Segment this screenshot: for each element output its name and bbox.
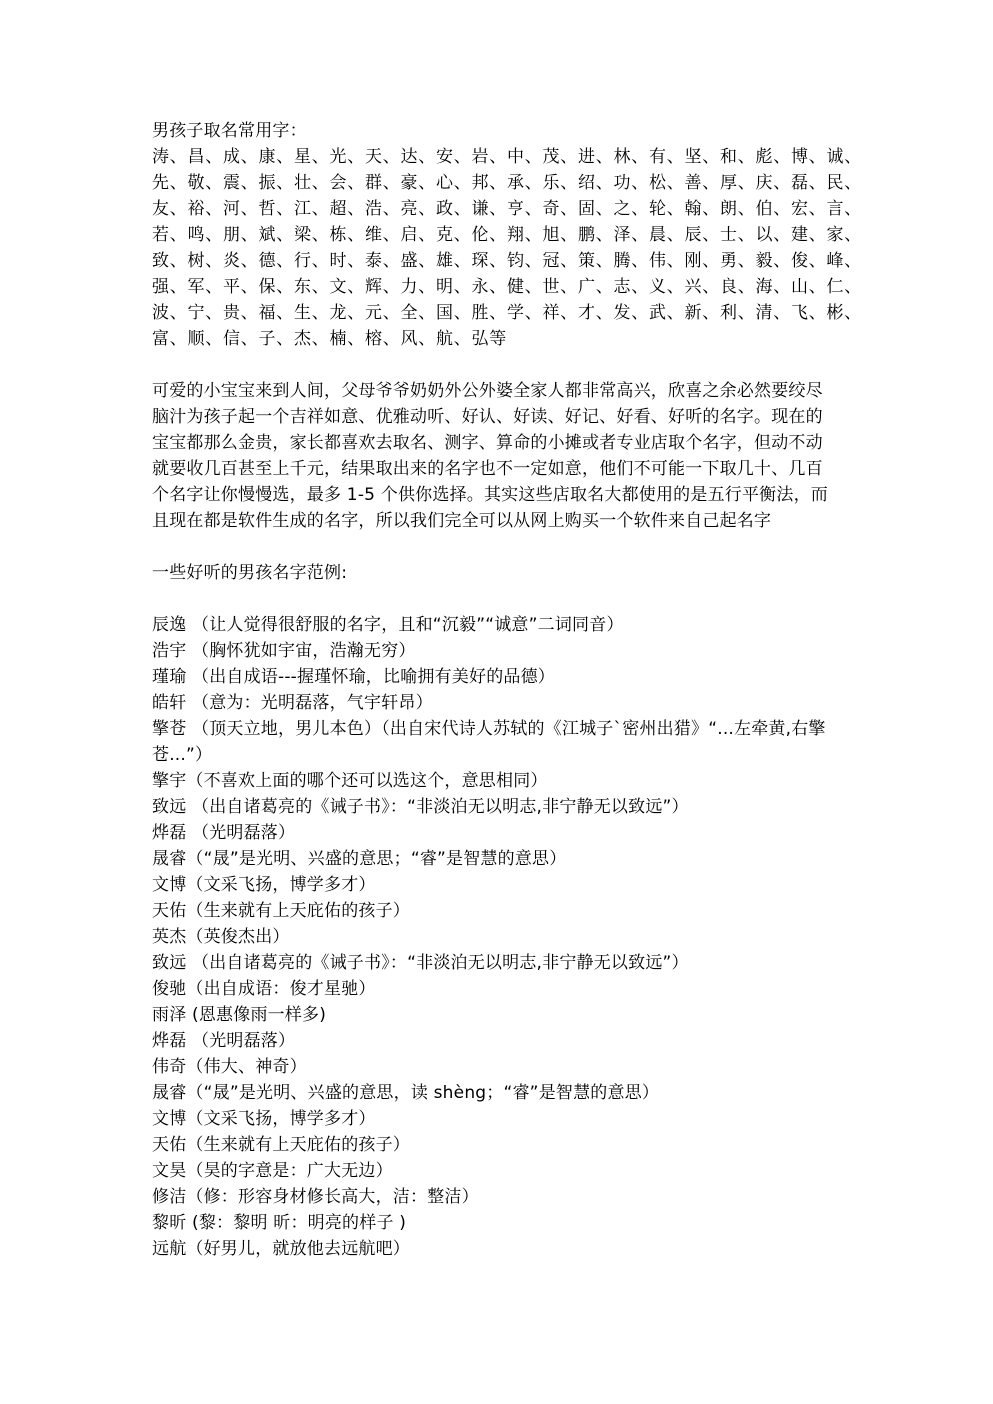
name-meaning: （昊的字意是：广大无边）	[186, 1161, 392, 1181]
paragraph-line: 且现在都是软件生成的名字，所以我们完全可以从网上购买一个软件来自己起名字	[152, 508, 852, 534]
name: 文博	[152, 875, 186, 895]
section-title-name-examples: 一些好听的男孩名字范例:	[152, 560, 852, 586]
common-chars-list: 涛、昌、成、康、星、光、天、达、安、岩、中、茂、进、林、有、坚、和、彪、博、诚、…	[152, 144, 852, 352]
name-entry-continuation: 苍...”）	[152, 742, 852, 768]
name-meaning: （好男儿，就放他去远航吧）	[186, 1239, 410, 1259]
name-meaning: （文采飞扬，博学多才）	[186, 875, 375, 895]
name-entry: 皓轩 （意为：光明磊落，气宇轩昂）	[152, 690, 852, 716]
name: 天佑	[152, 901, 186, 921]
name-meaning: （生来就有上天庇佑的孩子）	[186, 1135, 410, 1155]
name-entry: 浩宇 （胸怀犹如宇宙，浩瀚无穷）	[152, 638, 852, 664]
name-meaning: （不喜欢上面的哪个还可以选这个，意思相同）	[186, 771, 547, 791]
name: 擎宇	[152, 771, 186, 791]
paragraph-line: 就要收几百甚至上千元，结果取出来的名字也不一定如意，他们不可能一下取几十、几百	[152, 456, 852, 482]
name-entry: 瑾瑜 （出自成语---握瑾怀瑜，比喻拥有美好的品德）	[152, 664, 852, 690]
char-line: 若、鸣、朋、斌、梁、栋、维、启、克、伦、翔、旭、鹏、泽、晨、辰、士、以、建、家、	[152, 222, 852, 248]
name-meaning: （让人觉得很舒服的名字，且和“沉毅”“诚意”二词同音）	[186, 615, 623, 635]
name-entry: 英杰（英俊杰出）	[152, 924, 852, 950]
name-meaning: (恩惠像雨一样多)	[186, 1005, 326, 1025]
name: 伟奇	[152, 1057, 186, 1077]
char-line: 先、敬、震、振、壮、会、群、豪、心、邦、承、乐、绍、功、松、善、厚、庆、磊、民、	[152, 170, 852, 196]
name: 晟睿	[152, 849, 186, 869]
name: 辰逸	[152, 615, 186, 635]
name-meaning: （胸怀犹如宇宙，浩瀚无穷）	[186, 641, 415, 661]
name-meaning: （“晟”是光明、兴盛的意思；“睿”是智慧的意思）	[186, 849, 566, 869]
name-entry: 擎苍 （顶天立地，男儿本色）（出自宋代诗人苏轼的《江城子`密州出猎》“...左牵…	[152, 716, 852, 742]
name-entry: 晟睿（“晟”是光明、兴盛的意思；“睿”是智慧的意思）	[152, 846, 852, 872]
name: 文昊	[152, 1161, 186, 1181]
section-title-common-chars: 男孩子取名常用字：	[152, 118, 852, 144]
name-meaning: （出自诸葛亮的《诫子书》：“非淡泊无以明志,非宁静无以致远”）	[186, 953, 688, 973]
name-meaning: （出自诸葛亮的《诫子书》：“非淡泊无以明志,非宁静无以致远”）	[186, 797, 688, 817]
name: 致远	[152, 797, 186, 817]
spacer	[152, 352, 852, 378]
name: 瑾瑜	[152, 667, 186, 687]
paragraph-line: 脑汁为孩子起一个吉祥如意、优雅动听、好认、好读、好记、好看、好听的名字。现在的	[152, 404, 852, 430]
name-meaning: （意为：光明磊落，气宇轩昂）	[186, 693, 432, 713]
document-page: 男孩子取名常用字： 涛、昌、成、康、星、光、天、达、安、岩、中、茂、进、林、有、…	[152, 118, 852, 1262]
intro-paragraph: 可爱的小宝宝来到人间，父母爷爷奶奶外公外婆全家人都非常高兴，欣喜之余必然要绞尽 …	[152, 378, 852, 534]
name-meaning: （光明磊落）	[186, 823, 295, 843]
name-meaning: (黎：黎明 昕：明亮的样子 )	[186, 1213, 406, 1233]
name-entry: 黎昕 (黎：黎明 昕：明亮的样子 )	[152, 1210, 852, 1236]
name-entry: 伟奇（伟大、神奇）	[152, 1054, 852, 1080]
name-entry: 雨泽 (恩惠像雨一样多)	[152, 1002, 852, 1028]
name-entry: 烨磊 （光明磊落）	[152, 1028, 852, 1054]
char-line: 致、树、炎、德、行、时、泰、盛、雄、琛、钧、冠、策、腾、伟、刚、勇、毅、俊、峰、	[152, 248, 852, 274]
name-entry: 致远 （出自诸葛亮的《诫子书》：“非淡泊无以明志,非宁静无以致远”）	[152, 794, 852, 820]
name: 浩宇	[152, 641, 186, 661]
name-meaning: （出自成语---握瑾怀瑜，比喻拥有美好的品德）	[186, 667, 555, 687]
name-entry: 文博（文采飞扬，博学多才）	[152, 1106, 852, 1132]
name: 俊驰	[152, 979, 186, 999]
spacer	[152, 534, 852, 560]
name-meaning: （“晟”是光明、兴盛的意思，读 shèng；“睿”是智慧的意思）	[186, 1083, 659, 1103]
name: 修洁	[152, 1187, 186, 1207]
name-meaning: （伟大、神奇）	[186, 1057, 306, 1077]
name-meaning: （生来就有上天庇佑的孩子）	[186, 901, 410, 921]
name-entry: 修洁（修：形容身材修长高大，洁：整洁）	[152, 1184, 852, 1210]
name: 晟睿	[152, 1083, 186, 1103]
name: 烨磊	[152, 1031, 186, 1051]
name: 皓轩	[152, 693, 186, 713]
name-entry: 辰逸 （让人觉得很舒服的名字，且和“沉毅”“诚意”二词同音）	[152, 612, 852, 638]
name: 雨泽	[152, 1005, 186, 1025]
name-meaning: （文采飞扬，博学多才）	[186, 1109, 375, 1129]
name-entry: 俊驰（出自成语：俊才星驰）	[152, 976, 852, 1002]
char-line: 涛、昌、成、康、星、光、天、达、安、岩、中、茂、进、林、有、坚、和、彪、博、诚、	[152, 144, 852, 170]
name-meaning: 苍...”）	[152, 745, 212, 765]
paragraph-line: 可爱的小宝宝来到人间，父母爷爷奶奶外公外婆全家人都非常高兴，欣喜之余必然要绞尽	[152, 378, 852, 404]
char-line: 友、裕、河、哲、江、超、浩、亮、政、谦、亨、奇、固、之、轮、翰、朗、伯、宏、言、	[152, 196, 852, 222]
char-line: 波、宁、贵、福、生、龙、元、全、国、胜、学、祥、才、发、武、新、利、清、飞、彬、	[152, 300, 852, 326]
name-entry: 晟睿（“晟”是光明、兴盛的意思，读 shèng；“睿”是智慧的意思）	[152, 1080, 852, 1106]
name-entry: 擎宇（不喜欢上面的哪个还可以选这个，意思相同）	[152, 768, 852, 794]
name-entry: 远航（好男儿，就放他去远航吧）	[152, 1236, 852, 1262]
name-entry: 文博（文采飞扬，博学多才）	[152, 872, 852, 898]
paragraph-line: 个名字让你慢慢选，最多 1-5 个供你选择。其实这些店取名大都使用的是五行平衡法…	[152, 482, 852, 508]
name-entry: 天佑（生来就有上天庇佑的孩子）	[152, 1132, 852, 1158]
name: 烨磊	[152, 823, 186, 843]
name-entry: 文昊（昊的字意是：广大无边）	[152, 1158, 852, 1184]
char-line: 富、顺、信、子、杰、楠、榕、风、航、弘等	[152, 326, 852, 352]
name: 天佑	[152, 1135, 186, 1155]
name-meaning: （出自成语：俊才星驰）	[186, 979, 375, 999]
name-examples-list: 辰逸 （让人觉得很舒服的名字，且和“沉毅”“诚意”二词同音） 浩宇 （胸怀犹如宇…	[152, 612, 852, 1262]
char-line: 强、军、平、保、东、文、辉、力、明、永、健、世、广、志、义、兴、良、海、山、仁、	[152, 274, 852, 300]
name: 文博	[152, 1109, 186, 1129]
name: 擎苍	[152, 719, 186, 739]
name-meaning: （英俊杰出）	[186, 927, 289, 947]
paragraph-line: 宝宝都那么金贵，家长都喜欢去取名、测字、算命的小摊或者专业店取个名字，但动不动	[152, 430, 852, 456]
name-meaning: （顶天立地，男儿本色）（出自宋代诗人苏轼的《江城子`密州出猎》“...左牵黄,右…	[186, 719, 825, 739]
name: 致远	[152, 953, 186, 973]
name-meaning: （修：形容身材修长高大，洁：整洁）	[186, 1187, 478, 1207]
name: 英杰	[152, 927, 186, 947]
name-entry: 烨磊 （光明磊落）	[152, 820, 852, 846]
name: 黎昕	[152, 1213, 186, 1233]
name-entry: 致远 （出自诸葛亮的《诫子书》：“非淡泊无以明志,非宁静无以致远”）	[152, 950, 852, 976]
name-entry: 天佑（生来就有上天庇佑的孩子）	[152, 898, 852, 924]
name: 远航	[152, 1239, 186, 1259]
name-meaning: （光明磊落）	[186, 1031, 295, 1051]
spacer	[152, 586, 852, 612]
